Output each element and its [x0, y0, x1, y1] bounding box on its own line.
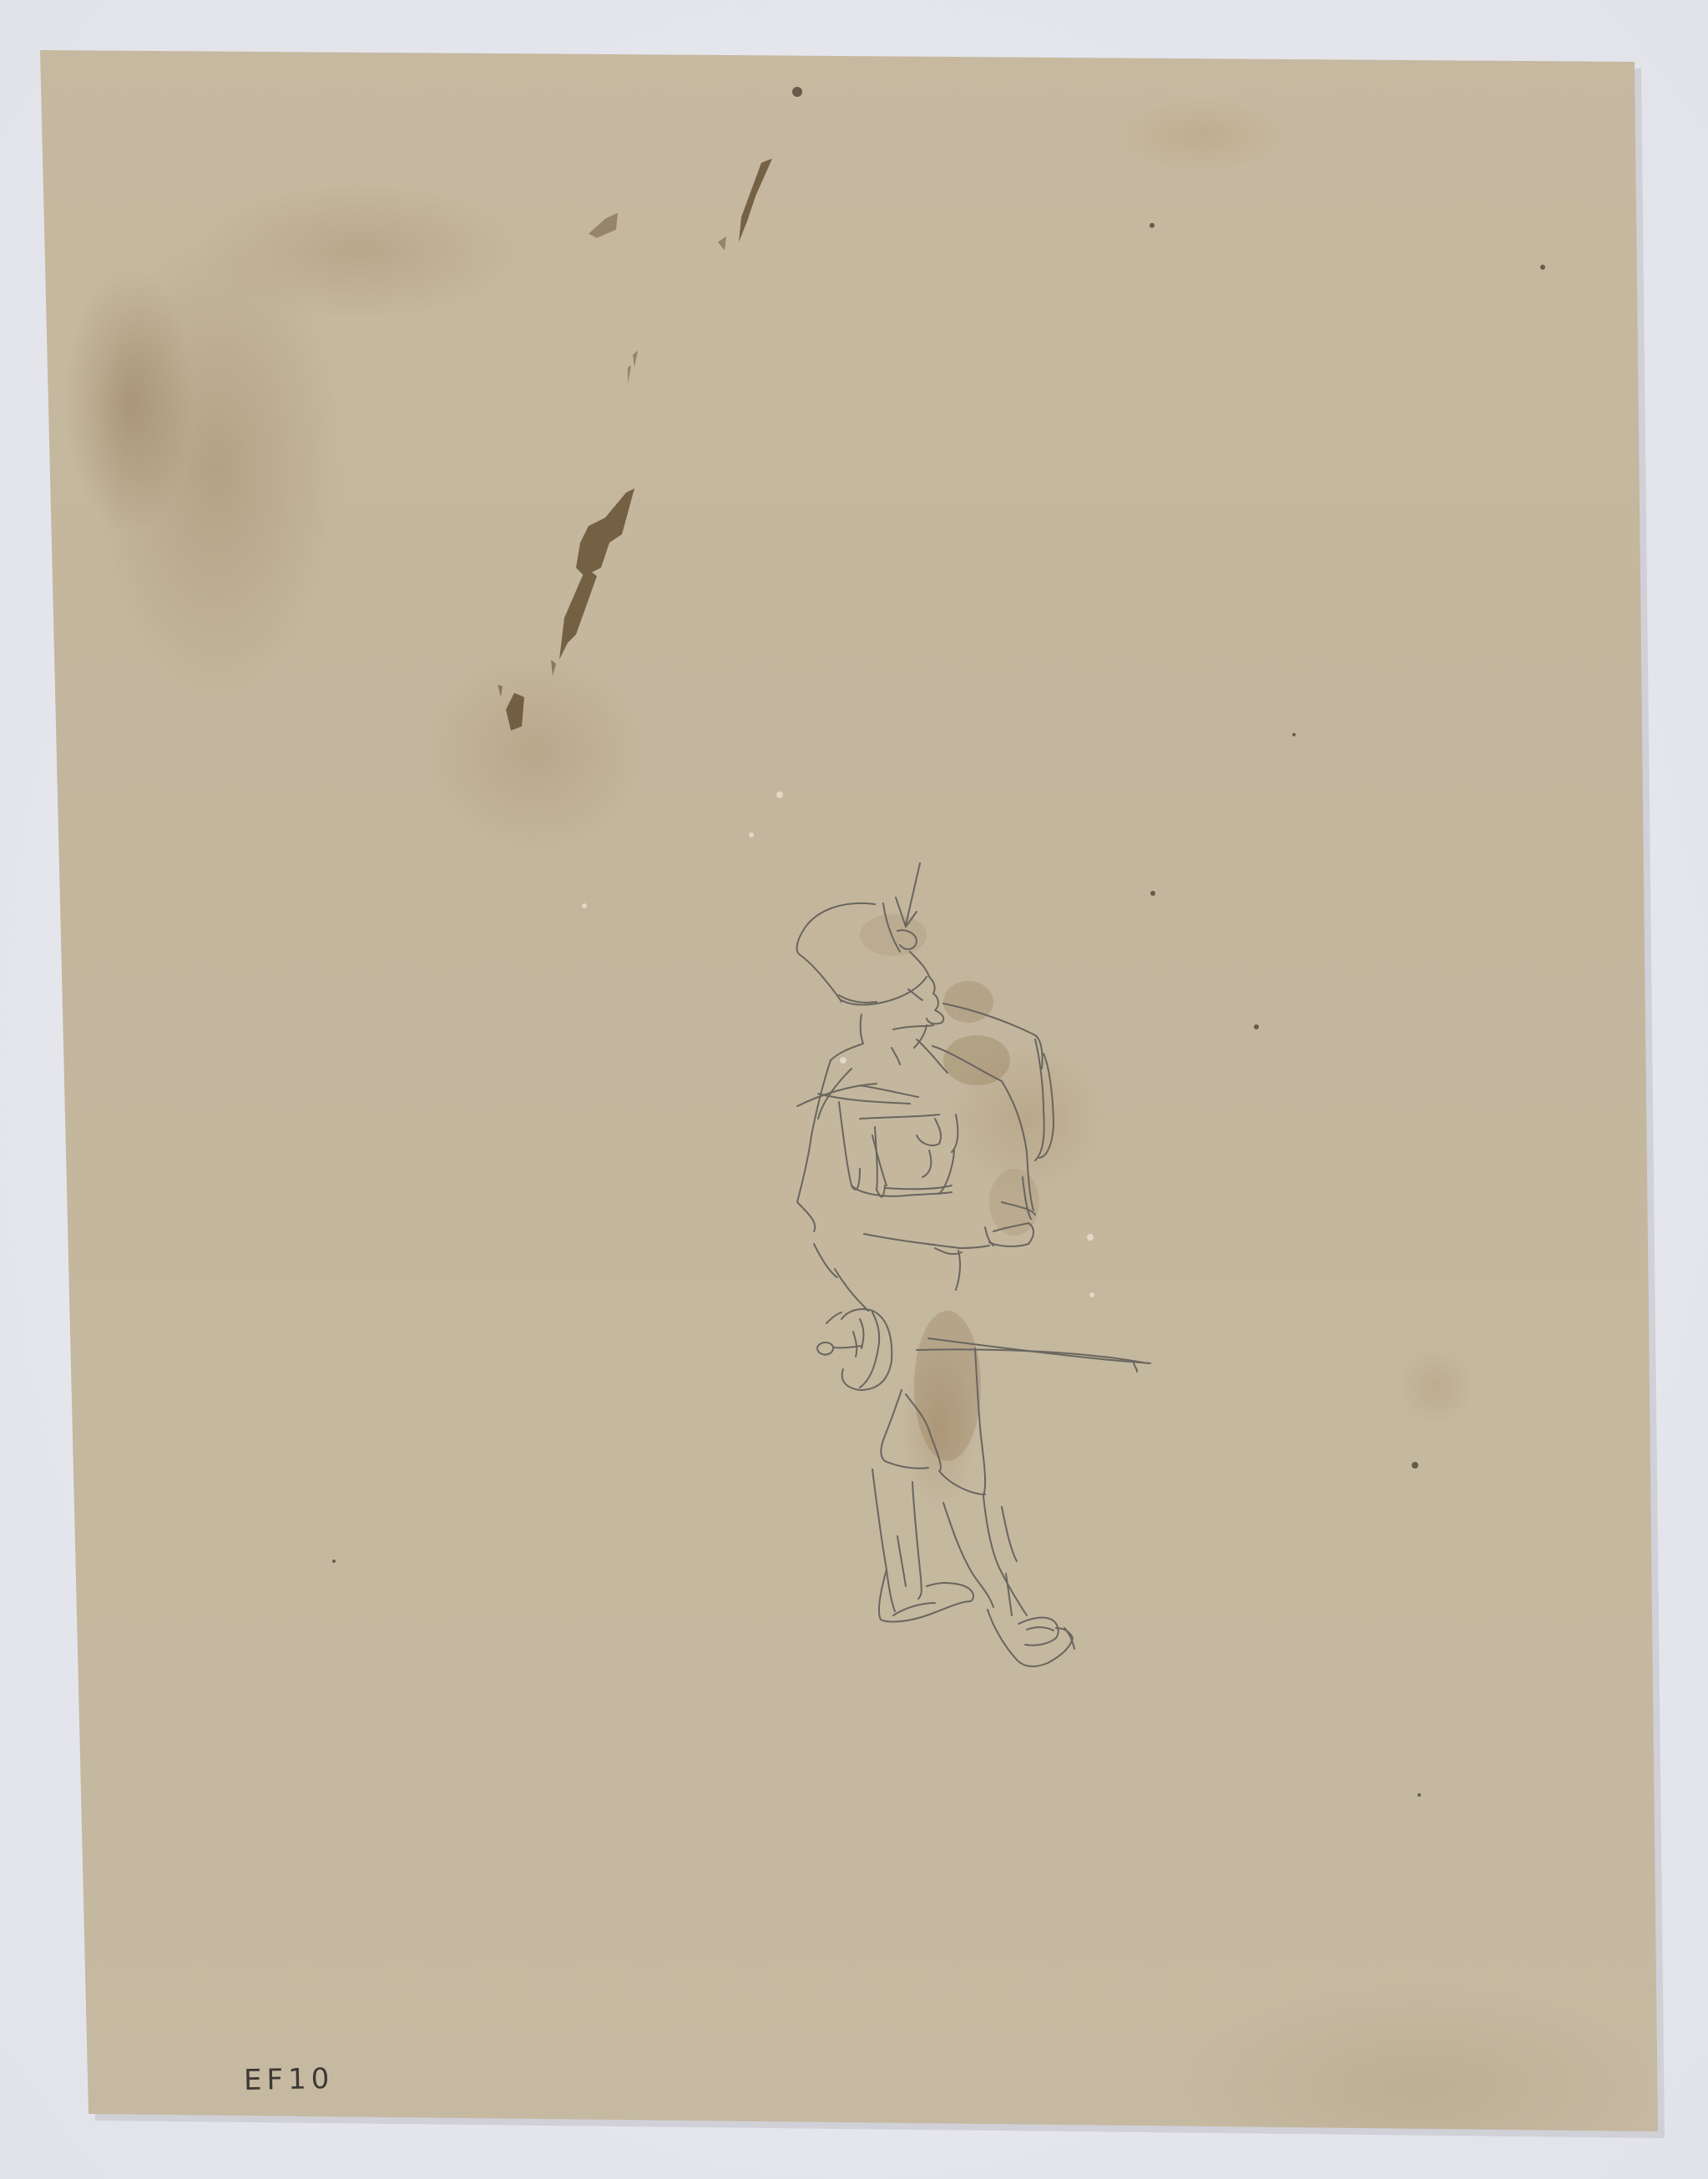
paper-sheet — [0, 0, 1708, 2179]
inventory-inscription: EF10 — [244, 2062, 335, 2097]
